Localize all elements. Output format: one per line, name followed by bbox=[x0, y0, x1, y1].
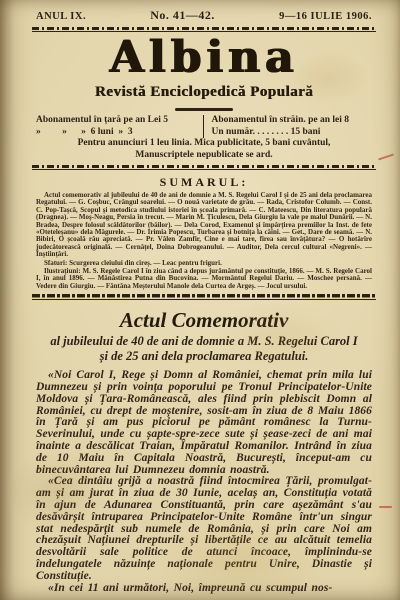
divider-subscription bbox=[32, 165, 376, 170]
subscription-foreign-year: Abonamentul în străin. pe an lei 8 bbox=[212, 115, 373, 127]
subscription-manuscripts-note: Manuscriptele nepublicate se ard. bbox=[36, 150, 372, 162]
article-paragraph: «Cea dintâiu grijă a noastră fiind întoc… bbox=[36, 476, 372, 582]
article-paragraph: «In cei 11 ani următori, Noi, împreună c… bbox=[36, 583, 372, 595]
summary-ilustratiuni: Ilustrațiuni: M. S. Regele Carol I în zi… bbox=[36, 268, 372, 290]
magazine-front-page: ANUL IX. No. 41—42. 9—16 IULIE 1906. Alb… bbox=[0, 0, 400, 600]
summary-articles: Actul comemorativ al jubileului de 40 de… bbox=[36, 192, 372, 259]
article-subtitle-line1: al jubileului de 40 de ani de domnie a M… bbox=[36, 334, 372, 349]
red-pencil-mark bbox=[378, 154, 394, 161]
subscription-domestic: Abonamentul în țară pe an Lei 5 » » » 6 … bbox=[36, 115, 204, 138]
subscription-single-copy: Un număr. . . . . . . . 15 bani bbox=[212, 127, 373, 139]
masthead-title: Albina bbox=[36, 33, 372, 83]
subscription-foreign: Abonamentul în străin. pe an lei 8 Un nu… bbox=[204, 115, 373, 138]
article-title: Actul Comemorativ bbox=[36, 308, 372, 332]
subscription-box: Abonamentul în țară pe an Lei 5 » » » 6 … bbox=[36, 115, 372, 161]
article-subtitle-line2: și de 25 ani dela proclamarea Regatului. bbox=[36, 349, 372, 364]
issue-number-label: No. 41—42. bbox=[150, 8, 215, 23]
subscription-ads-note: Pentru anunciuri 1 leu linia. Mica publi… bbox=[36, 138, 372, 150]
divider-mini bbox=[175, 108, 233, 111]
summary-heading: SUMARUL: bbox=[36, 175, 372, 190]
lead-article: Actul Comemorativ al jubileului de 40 de… bbox=[36, 308, 372, 594]
masthead-subtitle: Revistă Enciclopedică Populară bbox=[36, 83, 372, 102]
subscription-domestic-year: Abonamentul în țară pe an Lei 5 bbox=[36, 115, 197, 127]
issue-year-label: ANUL IX. bbox=[36, 11, 86, 22]
article-paragraph: «Noi Carol I, Rege și Domn al României, … bbox=[36, 370, 372, 476]
summary-sfaturi: Sfaturi: Scurgerea cleiului din cireș. —… bbox=[36, 260, 372, 267]
red-pencil-mark bbox=[379, 506, 392, 508]
subscription-columns: Abonamentul în țară pe an Lei 5 » » » 6 … bbox=[36, 115, 372, 138]
subscription-domestic-halfyear: » » » 6 luni » 3 bbox=[36, 127, 197, 139]
issue-date-label: 9—16 IULIE 1906. bbox=[279, 11, 372, 22]
issue-info-row: ANUL IX. No. 41—42. 9—16 IULIE 1906. bbox=[36, 8, 372, 23]
divider-summary bbox=[32, 294, 376, 300]
